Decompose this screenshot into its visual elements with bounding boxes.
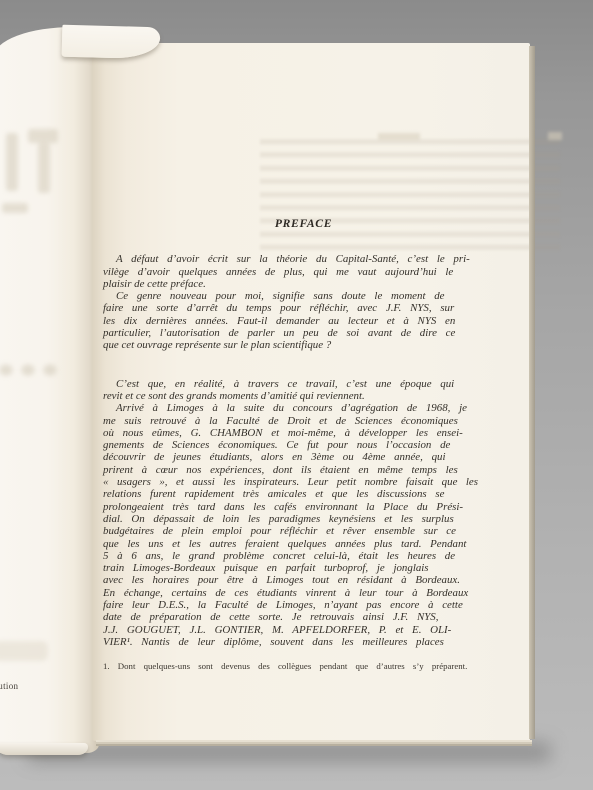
right-page-showthrough-folio [548, 132, 562, 140]
text-line: découvrir de jeunes étudiants, alors en … [103, 451, 478, 463]
text-line: avec les horaires pour être à Limoges to… [103, 574, 478, 586]
page-title: PREFACE [116, 218, 491, 230]
paragraph: A défaut d’avoir écrit sur la théorie du… [103, 253, 478, 290]
left-page-showthrough-line [0, 641, 48, 661]
text-line: me suis retrouvé à la Faculté de Droit e… [103, 415, 478, 427]
left-page-showthrough-large [0, 129, 66, 225]
page-fore-edge [529, 46, 535, 739]
paragraph: Arrivé à Limoges à la suite du concours … [103, 402, 478, 648]
left-page: cution [0, 27, 99, 753]
text-line: où nous eûmes, G. CHAMBON et moi-même, à… [103, 427, 478, 439]
text-line: dial. On dépassait de loin les paradigme… [103, 513, 478, 525]
text-line: C’est que, en réalité, à travers ce trav… [103, 378, 478, 390]
page-bottom-edge-stack [96, 740, 532, 746]
left-page-bottom-curl [0, 743, 88, 755]
text-line: date de préparation de cette sorte. Je r… [103, 611, 478, 623]
text-line: que cet ouvrage représente sur le plan s… [103, 339, 478, 351]
text-line: VIER¹. Nantis de leur diplôme, souvent d… [103, 636, 478, 648]
text-line: particulier, l’autorisation de parler un… [103, 327, 478, 339]
text-line: Ce genre nouveau pour moi, signifie sans… [103, 290, 478, 302]
preface-text-block: PREFACE A défaut d’avoir écrit sur la th… [103, 218, 478, 671]
text-line: 5 à 6 ans, le grand problème concret cel… [103, 550, 478, 562]
text-line: revit et ce sont des grands moments d’am… [103, 390, 478, 402]
right-page-showthrough-header [378, 133, 420, 140]
paragraph: C’est que, en réalité, à travers ce trav… [103, 378, 478, 403]
text-line: budgétaires de plein emploi pour réfléch… [103, 525, 478, 537]
text-line: gnements de Sciences économiques. Ce fut… [103, 439, 478, 451]
footnote: 1. Dont quelques-uns sont devenus des co… [103, 661, 478, 671]
text-line: prirent à cœur nos expériences, dont ils… [103, 464, 478, 476]
text-line: faire une sorte d’arrêt du temps pour ré… [103, 302, 478, 314]
text-line: Arrivé à Limoges à la suite du concours … [103, 402, 478, 414]
text-line: prolongeaient très tard dans les cafés e… [103, 501, 478, 513]
text-line: En échange, certains de ces étudiants vi… [103, 587, 478, 599]
text-line: J.J. GOUGUET, J.L. GONTIER, M. APFELDORF… [103, 624, 478, 636]
text-line: faire leur D.E.S., la Faculté de Limoges… [103, 599, 478, 611]
body-paragraphs: A défaut d’avoir écrit sur la théorie du… [103, 253, 478, 648]
left-page-showthrough-word [0, 355, 62, 385]
text-line: les dix dernières années. Faut-il demand… [103, 315, 478, 327]
left-page-footer-fragment: cution [0, 681, 18, 691]
paragraph: Ce genre nouveau pour moi, signifie sans… [103, 290, 478, 351]
text-line: A défaut d’avoir écrit sur la théorie du… [103, 253, 478, 265]
text-line: « usagers », et aussi les inspirateurs. … [103, 476, 478, 488]
book-photo: cution PREFACE A défaut d’avoir écrit su… [0, 0, 593, 790]
text-line: vilège d’avoir quelques années de plus, … [103, 266, 478, 278]
text-line: que les uns et les autres feraient quelq… [103, 538, 478, 550]
text-line: relations furent rapidement très amicale… [103, 488, 478, 500]
right-page: PREFACE A défaut d’avoir écrit sur la th… [92, 43, 530, 741]
text-line: train Limoges-Bordeaux puisque en parfai… [103, 562, 478, 574]
text-line: plaisir de cette préface. [103, 278, 478, 290]
